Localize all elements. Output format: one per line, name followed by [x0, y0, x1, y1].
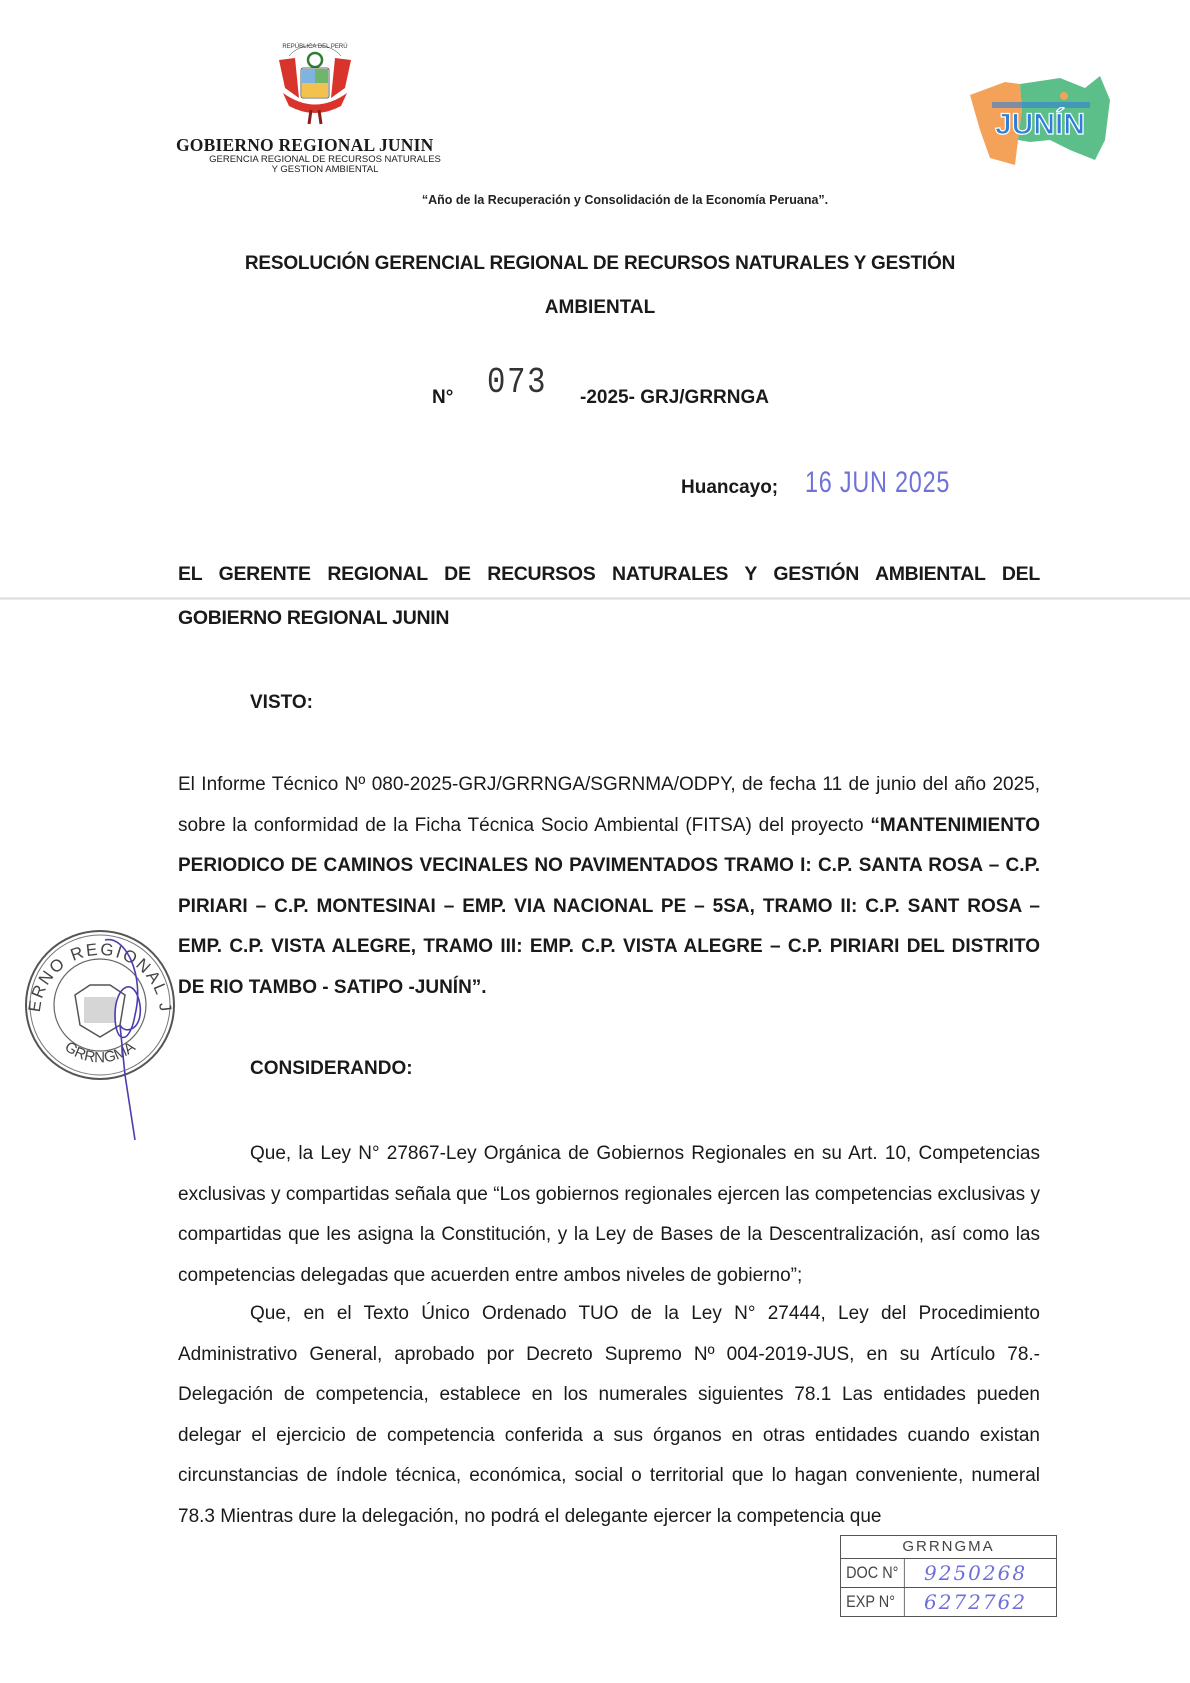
resolution-number-value: 073 — [487, 362, 547, 403]
org-subtitle: GERENCIA REGIONAL DE RECURSOS NATURALES … — [200, 155, 450, 175]
considerando-paragraph-1: Que, la Ley N° 27867-Ley Orgánica de Gob… — [178, 1134, 1040, 1296]
coat-of-arms-icon: REPÚBLICA DEL PERÚ — [275, 38, 355, 128]
resolution-number-label: N° — [432, 387, 453, 409]
stamp-doc-value: 9250268 — [916, 1559, 1056, 1587]
stamp-doc-row: DOC N° 9250268 — [841, 1559, 1056, 1588]
stamp-office: GRRNGMA — [841, 1536, 1056, 1559]
authority-line1: EL GERENTE REGIONAL DE RECURSOS NATURALE… — [178, 563, 1040, 586]
authority-line2: GOBIERNO REGIONAL JUNIN — [178, 607, 449, 630]
considerando-heading: CONSIDERANDO: — [250, 1058, 413, 1080]
resolution-title-line2: AMBIENTAL — [0, 297, 1190, 319]
year-motto: “Año de la Recuperación y Consolidación … — [0, 193, 1190, 207]
date-stamp: 16 JUN 2025 — [805, 466, 950, 500]
org-subtitle-line2: Y GESTION AMBIENTAL — [200, 165, 450, 175]
reception-stamp: GRRNGMA DOC N° 9250268 EXP N° 6272762 — [840, 1535, 1057, 1617]
logo-text: JUNÍN — [995, 107, 1085, 141]
signature-scribble-icon — [95, 935, 155, 1145]
visto-heading: VISTO: — [250, 692, 313, 714]
visto-paragraph: El Informe Técnico Nº 080-2025-GRJ/GRRNG… — [178, 765, 1040, 1008]
considerando-paragraph-2: Que, en el Texto Único Ordenado TUO de l… — [178, 1294, 1040, 1537]
junin-region-logo-icon: JUNÍN — [960, 70, 1120, 170]
resolution-title-line1: RESOLUCIÓN GERENCIAL REGIONAL DE RECURSO… — [0, 253, 1190, 275]
project-name: “MANTENIMIENTO PERIODICO DE CAMINOS VECI… — [178, 815, 1040, 998]
svg-text:REPÚBLICA DEL PERÚ: REPÚBLICA DEL PERÚ — [282, 43, 347, 50]
stamp-exp-label: EXP N° — [841, 1588, 905, 1616]
stamp-exp-row: EXP N° 6272762 — [841, 1588, 1056, 1616]
stamp-doc-label: DOC N° — [841, 1559, 905, 1587]
resolution-number-suffix: -2025- GRJ/GRRNGA — [580, 387, 769, 409]
scan-artifact-divider — [0, 597, 1190, 600]
stamp-exp-value: 6272762 — [916, 1588, 1056, 1616]
issue-city: Huancayo; — [681, 477, 778, 499]
org-name: GOBIERNO REGIONAL JUNIN — [176, 135, 433, 156]
